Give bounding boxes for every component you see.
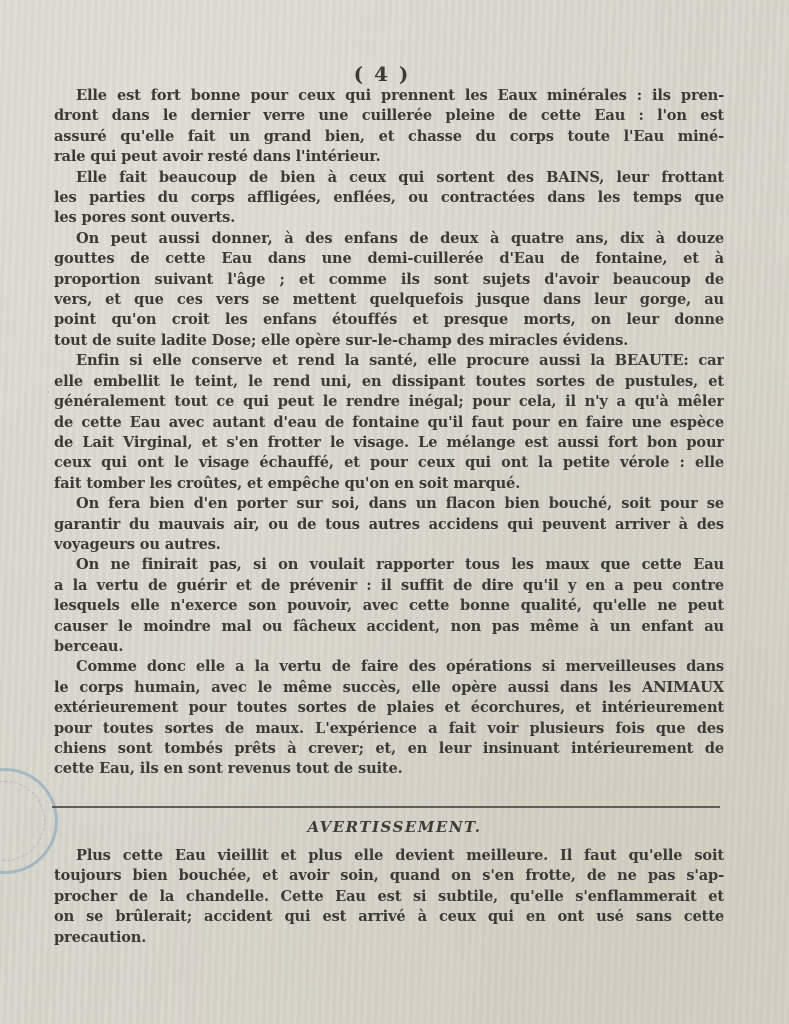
text-line: pour toutes sortes de maux. L'expérience… bbox=[54, 719, 724, 739]
page-number: ( 4 ) bbox=[40, 62, 724, 86]
text-line: a la vertu de guérir et de prévenir : il… bbox=[54, 576, 724, 596]
text-line: dront dans le dernier verre une cuilleré… bbox=[54, 106, 724, 126]
text-line: rale qui peut avoir resté dans l'intérie… bbox=[54, 147, 724, 167]
text-line: généralement tout ce qui peut le rendre … bbox=[54, 392, 724, 412]
text-line: lesquels elle n'exerce son pouvoir, avec… bbox=[54, 596, 724, 616]
text-line: le corps humain, avec le même succès, el… bbox=[54, 678, 724, 698]
notice-section: Plus cette Eau vieillit et plus elle dev… bbox=[54, 846, 724, 948]
section-divider bbox=[52, 806, 720, 808]
text-line: tout de suite ladite Dose; elle opère su… bbox=[54, 331, 724, 351]
text-line: gouttes de cette Eau dans une demi-cuill… bbox=[54, 249, 724, 269]
text-line: vers, et que ces vers se mettent quelque… bbox=[54, 290, 724, 310]
paragraph-animals: Comme donc elle a la vertu de faire des … bbox=[54, 657, 724, 779]
document-page: ( 4 ) Elle est fort bonne pour ceux qui … bbox=[54, 62, 724, 780]
text-line: On fera bien d'en porter sur soi, dans u… bbox=[54, 494, 724, 514]
text-line: extérieurement pour toutes sortes de pla… bbox=[54, 698, 724, 718]
paragraph-beauty: Enfin si elle conserve et rend la santé,… bbox=[54, 351, 724, 494]
text-line: Elle est fort bonne pour ceux qui prenne… bbox=[54, 86, 724, 106]
text-line: On peut aussi donner, à des enfans de de… bbox=[54, 229, 724, 249]
text-line: berceau. bbox=[54, 637, 724, 657]
text-line: toujours bien bouchée, et avoir soin, qu… bbox=[54, 866, 724, 886]
text-line: Comme donc elle a la vertu de faire des … bbox=[54, 657, 724, 677]
text-line: Plus cette Eau vieillit et plus elle dev… bbox=[54, 846, 724, 866]
paragraph-children: On peut aussi donner, à des enfans de de… bbox=[54, 229, 724, 351]
text-line: causer le moindre mal ou fâcheux acciden… bbox=[54, 617, 724, 637]
text-line: cette Eau, ils en sont revenus tout de s… bbox=[54, 759, 724, 779]
text-line: Enfin si elle conserve et rend la santé,… bbox=[54, 351, 724, 371]
text-line: de cette Eau avec autant d'eau de fontai… bbox=[54, 413, 724, 433]
text-line: de Lait Virginal, et s'en frotter le vis… bbox=[54, 433, 724, 453]
text-line: chiens sont tombés prêts à crever; et, e… bbox=[54, 739, 724, 759]
paragraph-virtues: On ne finirait pas, si on voulait rappor… bbox=[54, 555, 724, 657]
paragraph-mineral-waters: Elle est fort bonne pour ceux qui prenne… bbox=[54, 86, 724, 168]
text-line: les pores sont ouverts. bbox=[54, 208, 724, 228]
text-line: les parties du corps affligées, enflées,… bbox=[54, 188, 724, 208]
text-line: elle embellit le teint, le rend uni, en … bbox=[54, 372, 724, 392]
notice-heading: AVERTISSEMENT. bbox=[0, 818, 789, 836]
text-line: On ne finirait pas, si on voulait rappor… bbox=[54, 555, 724, 575]
text-line: fait tomber les croûtes, et empêche qu'o… bbox=[54, 474, 724, 494]
paragraph-baths: Elle fait beaucoup de bien à ceux qui so… bbox=[54, 168, 724, 229]
text-line: voyageurs ou autres. bbox=[54, 535, 724, 555]
text-line: assuré qu'elle fait un grand bien, et ch… bbox=[54, 127, 724, 147]
text-line: point qu'on croit les enfans étouffés et… bbox=[54, 310, 724, 330]
text-line: proportion suivant l'âge ; et comme ils … bbox=[54, 270, 724, 290]
text-line: Elle fait beaucoup de bien à ceux qui so… bbox=[54, 168, 724, 188]
text-line: precaution. bbox=[54, 928, 724, 948]
text-line: ceux qui ont le visage échauffé, et pour… bbox=[54, 453, 724, 473]
text-line: garantir du mauvais air, ou de tous autr… bbox=[54, 515, 724, 535]
paragraph-notice: Plus cette Eau vieillit et plus elle dev… bbox=[54, 846, 724, 948]
text-line: procher de la chandelle. Cette Eau est s… bbox=[54, 887, 724, 907]
paragraph-travel: On fera bien d'en porter sur soi, dans u… bbox=[54, 494, 724, 555]
text-line: on se brûlerait; accident qui est arrivé… bbox=[54, 907, 724, 927]
